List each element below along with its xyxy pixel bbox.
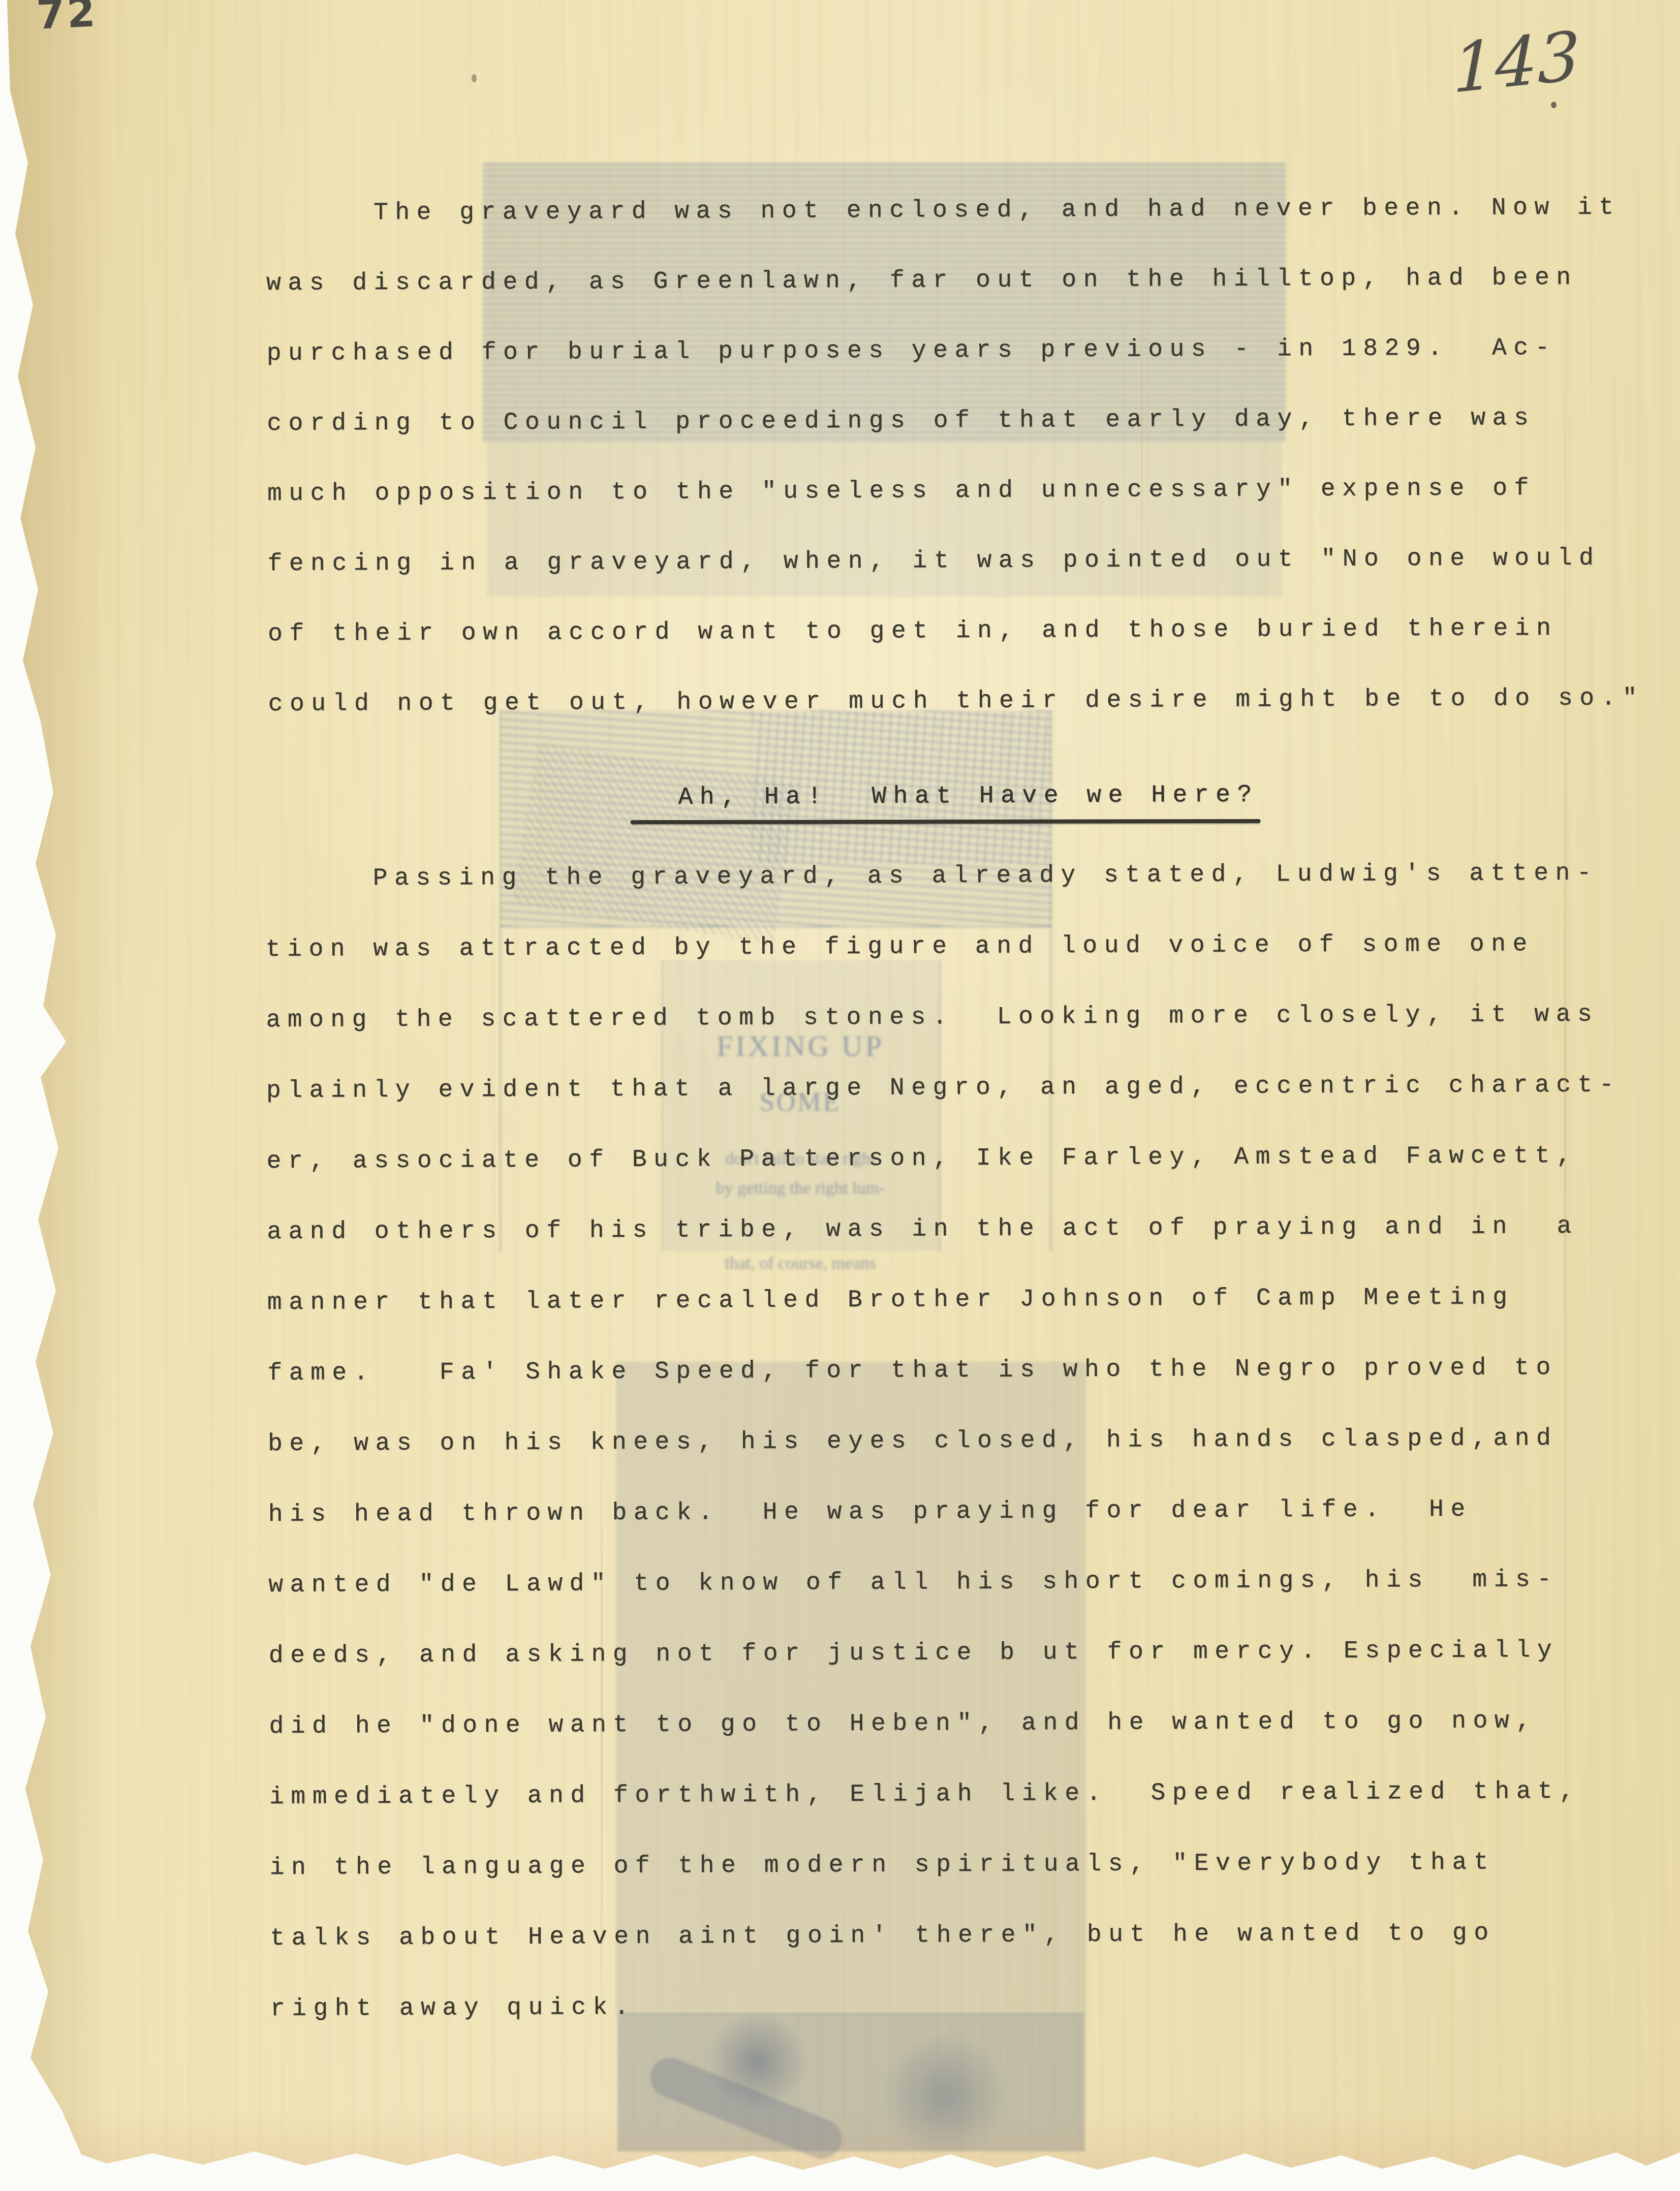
heading-underline [631, 819, 1261, 824]
typed-line: immediately and forthwith, Elijah like. … [269, 1776, 1581, 1812]
typed-line: cording to Council proceedings of that e… [267, 403, 1535, 439]
paper-crease [601, 1321, 603, 2134]
typed-line: Passing the graveyard, as already stated… [265, 858, 1598, 894]
typed-line: was discarded, as Greenlawn, far out on … [266, 263, 1578, 299]
typed-line: aand others of his tribe, was in the act… [267, 1211, 1578, 1247]
page-stamp-number: 72 [36, 0, 99, 39]
typed-line: manner that later recalled Brother Johns… [267, 1282, 1514, 1318]
paper-crease [1141, 152, 1143, 762]
typed-line: tion was attracted by the figure and lou… [266, 929, 1534, 965]
typed-line: plainly evident that a large Negro, an a… [266, 1070, 1621, 1106]
ink-speck [472, 74, 477, 82]
paper-sheet: FIXING UP SOME don't fail to start right… [0, 0, 1680, 2191]
typed-line: fencing in a graveyard, when, it was poi… [267, 543, 1600, 579]
typed-line: fame. Fa' Shake Speed, for that is who t… [267, 1353, 1558, 1389]
typed-line: much opposition to the "useless and unne… [267, 473, 1536, 509]
typed-line: talks about Heaven aint goin' there", bu… [270, 1918, 1496, 1954]
typed-line: among the scattered tomb stones. Looking… [266, 999, 1599, 1035]
bottom-edge-discoloration [0, 2110, 1680, 2171]
typed-line: right away quick. [270, 1992, 636, 2024]
typed-line: be, was on his knees, his eyes closed, h… [268, 1423, 1558, 1459]
paper-crease [1564, 102, 1566, 2083]
typed-line: could not get out, however much their de… [268, 683, 1644, 719]
section-heading: Ah, Ha! What Have we Here? [678, 779, 1258, 812]
ink-speck [1551, 102, 1557, 108]
typed-line: of their own accord want to get in, and … [268, 613, 1558, 649]
typed-text-block: The graveyard was not enclosed, and had … [0, 0, 1680, 2191]
typed-line: did he "done want to go to Heben", and h… [269, 1706, 1537, 1742]
typed-line: purchased for burial purposes years prev… [266, 333, 1557, 369]
typed-line: in the language of the modern spirituals… [269, 1847, 1495, 1883]
typed-line: er, associate of Buck Patterson, Ike Far… [266, 1141, 1578, 1177]
typed-line: The graveyard was not enclosed, and had … [266, 192, 1620, 229]
typed-line: wanted "de Lawd" to know of all his shor… [268, 1564, 1559, 1601]
typed-line: his head thrown back. He was praying for… [268, 1494, 1472, 1530]
typed-line: deeds, and asking not for justice b ut f… [269, 1635, 1559, 1671]
scanned-manuscript-page: FIXING UP SOME don't fail to start right… [0, 0, 1680, 2191]
handwritten-page-number: 143 [1453, 16, 1580, 108]
